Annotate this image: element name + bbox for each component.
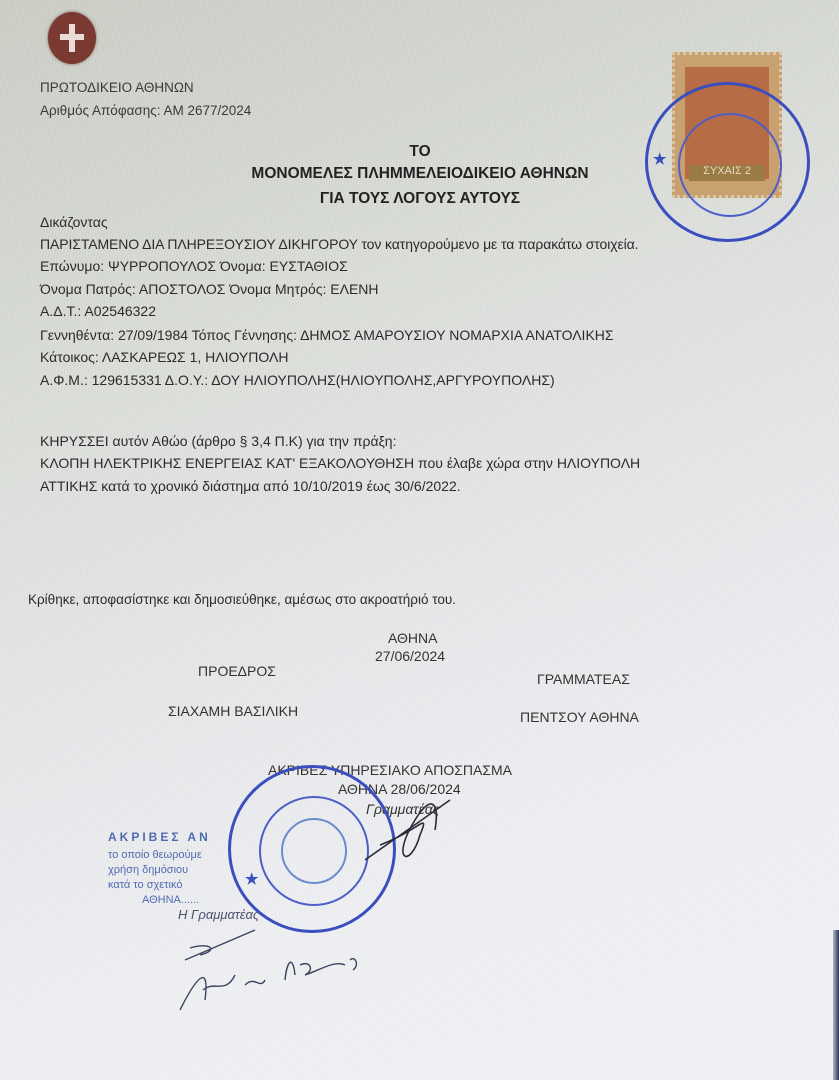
seal-star-icon: ★ [245,870,258,888]
official-seal-top [645,82,810,242]
surname-line: Επώνυμο: ΨΥΡΡΟΠΟΥΛΟΣ Όνομα: ΕΥΣΤΑΘΙΟΣ [40,258,348,274]
closing-statement: Κρίθηκε, αποφασίστηκε και δημοσιεύθηκε, … [28,592,456,607]
verdict-line-2: ΚΛΟΠΗ ΗΛΕΚΤΡΙΚΗΣ ΕΝΕΡΓΕΙΑΣ ΚΑΤ' ΕΞΑΚΟΛΟΥ… [40,455,640,471]
blue-stamp-line-3: χρήση δημόσιου [108,864,188,876]
birth-line: Γεννηθέντα: 27/09/1984 Τόπος Γέννησης: Δ… [40,327,614,343]
closing-city: ΑΘΗΝΑ [388,630,438,646]
id-line: Α.Δ.Τ.: Α02546322 [40,303,156,319]
blue-stamp-line-2: το οποίο θεωρούμε [108,849,202,861]
secretary-name: ΠΕΝΤΣΟΥ ΑΘΗΝΑ [520,709,639,725]
closing-date: 27/06/2024 [375,648,445,664]
verdict-line-1: ΚΗΡΥΣΣΕΙ αυτόν Αθώο (άρθρο § 3,4 Π.Κ) γι… [40,433,397,449]
intro-label: Δικάζοντας [40,214,108,230]
title-line-3: ΓΙΑ ΤΟΥΣ ΛΟΓΟΥΣ ΑΥΤΟΥΣ [140,190,700,208]
title-line-1: ΤΟ [140,143,700,161]
handwritten-signature [175,920,375,1015]
court-name: ΠΡΩΤΟΔΙΚΕΙΟ ΑΘΗΝΩΝ [40,80,194,95]
president-name: ΣΙΑΧΑΜΗ ΒΑΣΙΛΙΚΗ [168,703,298,719]
blue-stamp-line-6: Η Γραμματέας [178,907,259,922]
secretary-title: ΓΡΑΜΜΑΤΕΑΣ [537,671,630,687]
court-title: ΜΟΝΟΜΕΛΕΣ ΠΛΗΜΜΕΛΕΙΟΔΙΚΕΙΟ ΑΘΗΝΩΝ [140,165,700,183]
tax-line: Α.Φ.Μ.: 129615331 Δ.Ο.Υ.: ΔΟΥ ΗΛΙΟΥΠΟΛΗΣ… [40,372,555,388]
greek-coat-of-arms-icon [48,12,96,64]
residence-line: Κάτοικος: ΛΑΣΚΑΡΕΩΣ 1, ΗΛΙΟΥΠΟΛΗ [40,349,288,365]
decision-number: Αριθμός Απόφασης: ΑΜ 2677/2024 [40,103,251,118]
blue-stamp-line-5: ΑΘΗΝΑ...... [142,894,199,906]
blue-stamp-line-4: κατά το σχετικό [108,879,182,891]
president-title: ΠΡΟΕΔΡΟΣ [198,663,276,679]
blue-stamp-line-1: ΑΚΡΙΒΕΣ ΑΝ [108,830,211,844]
verdict-line-3: ΑΤΤΙΚΗΣ κατά το χρονικό διάστημα από 10/… [40,478,461,494]
parents-line: Όνομα Πατρός: ΑΠΟΣΤΟΛΟΣ Όνομα Μητρός: ΕΛ… [40,281,379,297]
representation-line: ΠΑΡΙΣΤΑΜΕΝΟ ΔΙΑ ΠΛΗΡΕΞΟΥΣΙΟΥ ΔΙΚΗΓΟΡΟΥ τ… [40,236,638,252]
page-edge-shadow [833,930,839,1080]
